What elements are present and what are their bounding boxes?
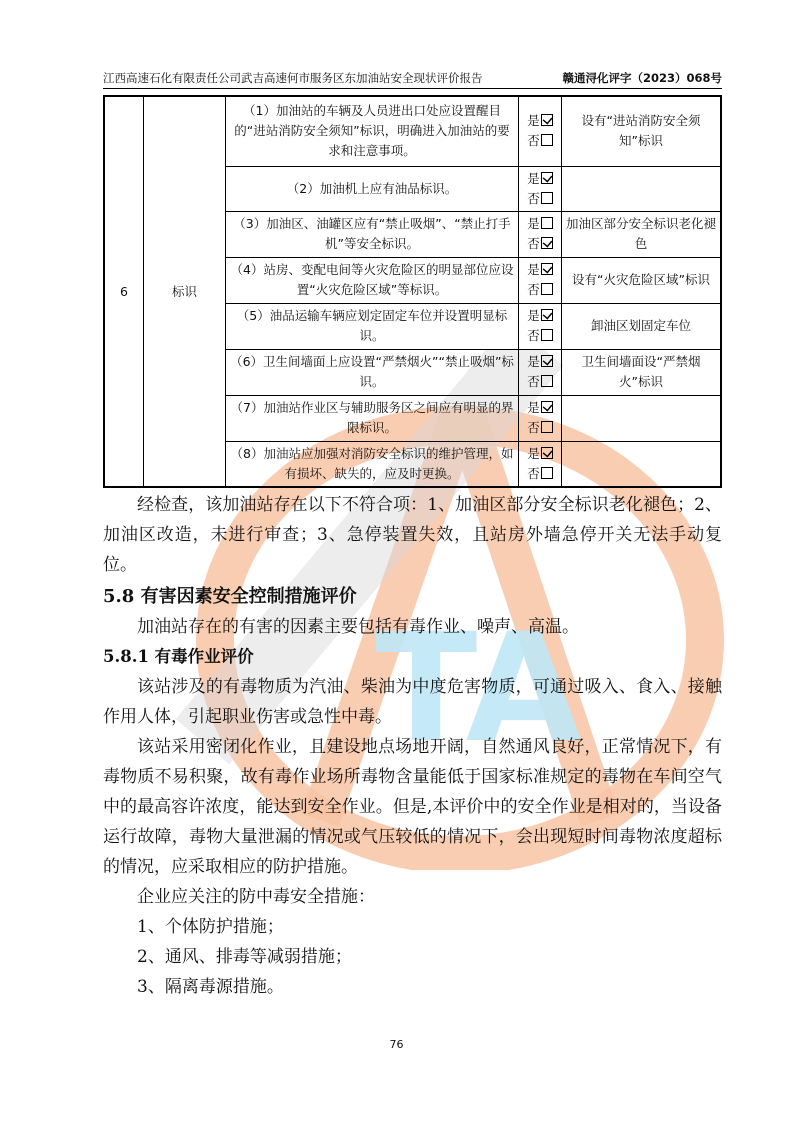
- yes-label: 是: [527, 171, 540, 186]
- yes-label: 是: [527, 262, 540, 277]
- no-label: 否: [527, 282, 540, 297]
- document-page: TA 江西高速石化有限责任公司武吉高速何市服务区东加油站安全现状评价报告 赣通浔…: [0, 0, 793, 1122]
- yes-checkbox[interactable]: [541, 217, 553, 229]
- header-title: 江西高速石化有限责任公司武吉高速何市服务区东加油站安全现状评价报告: [103, 70, 483, 86]
- measure-item: 2、通风、排毒等减弱措施；: [103, 942, 722, 972]
- table-row: 6 标识 （1）加油站的车辆及人员进出口处应设置醒目的“进站消防安全须知”标识，…: [104, 96, 721, 166]
- no-checkbox[interactable]: [541, 329, 553, 341]
- yes-checkbox[interactable]: [541, 447, 553, 459]
- section-5-8-heading: 5.8 有害因素安全控制措施评价: [103, 582, 722, 612]
- page-number: 76: [0, 1038, 793, 1051]
- measure-item: 3、隔离毒源措施。: [103, 972, 722, 1002]
- requirement-cell: （3）加油区、油罐区应有“禁止吸烟”、“禁止打手机”等安全标识。: [226, 211, 519, 257]
- check-cell: 是 否: [519, 441, 562, 487]
- yes-checkbox[interactable]: [541, 114, 553, 126]
- yes-label: 是: [527, 308, 540, 323]
- page-header: 江西高速石化有限责任公司武吉高速何市服务区东加油站安全现状评价报告 赣通浔化评字…: [103, 70, 722, 89]
- note-cell: 加油区部分安全标识老化褪色: [562, 211, 722, 257]
- no-label: 否: [527, 236, 540, 251]
- check-cell: 是 否: [519, 349, 562, 395]
- yes-checkbox[interactable]: [541, 401, 553, 413]
- yes-checkbox[interactable]: [541, 309, 553, 321]
- no-label: 否: [527, 328, 540, 343]
- requirement-cell: （2）加油机上应有油品标识。: [226, 166, 519, 211]
- no-label: 否: [527, 420, 540, 435]
- body-content: 经检查，该加油站存在以下不符合项：1、加油区部分安全标识老化褪色；2、加油区改造…: [103, 490, 722, 1002]
- requirement-cell: （6）卫生间墙面上应设置“严禁烟火”“禁止吸烟”标识。: [226, 349, 519, 395]
- requirement-cell: （1）加油站的车辆及人员进出口处应设置醒目的“进站消防安全须知”标识，明确进入加…: [226, 96, 519, 166]
- note-cell: 卸油区划固定车位: [562, 303, 722, 349]
- section-5-8-paragraph: 加油站存在的有害的因素主要包括有毒作业、噪声、高温。: [103, 612, 722, 642]
- yes-checkbox[interactable]: [541, 172, 553, 184]
- measure-item: 1、个体防护措施；: [103, 912, 722, 942]
- requirement-cell: （7）加油站作业区与辅助服务区之间应有明显的界限标识。: [226, 395, 519, 441]
- no-checkbox[interactable]: [541, 421, 553, 433]
- measures-intro: 企业应关注的防中毒安全措施：: [103, 882, 722, 912]
- no-checkbox[interactable]: [541, 375, 553, 387]
- check-cell: 是 否: [519, 395, 562, 441]
- yes-checkbox[interactable]: [541, 263, 553, 275]
- check-cell: 是 否: [519, 166, 562, 211]
- yes-label: 是: [527, 400, 540, 415]
- yes-label: 是: [527, 113, 540, 128]
- no-checkbox[interactable]: [541, 192, 553, 204]
- row-number: 6: [104, 96, 144, 487]
- note-cell: [562, 166, 722, 211]
- signage-checklist-table: 6 标识 （1）加油站的车辆及人员进出口处应设置醒目的“进站消防安全须知”标识，…: [103, 95, 722, 488]
- note-cell: [562, 395, 722, 441]
- note-cell: [562, 441, 722, 487]
- yes-label: 是: [527, 354, 540, 369]
- note-cell: 设有“进站消防安全须知”标识: [562, 96, 722, 166]
- note-cell: 卫生间墙面设“严禁烟火”标识: [562, 349, 722, 395]
- check-cell: 是 否: [519, 303, 562, 349]
- no-checkbox[interactable]: [541, 134, 553, 146]
- no-label: 否: [527, 374, 540, 389]
- check-cell: 是 否: [519, 211, 562, 257]
- requirement-cell: （8）加油站应加强对消防安全标识的维护管理，如有损坏、缺失的，应及时更换。: [226, 441, 519, 487]
- row-category: 标识: [144, 96, 226, 487]
- section-5-8-1-heading: 5.8.1 有毒作业评价: [103, 642, 722, 672]
- no-label: 否: [527, 133, 540, 148]
- no-label: 否: [527, 191, 540, 206]
- inspection-paragraph: 经检查，该加油站存在以下不符合项：1、加油区部分安全标识老化褪色；2、加油区改造…: [103, 490, 722, 580]
- requirement-cell: （4）站房、变配电间等火灾危险区的明显部位应设置“火灾危险区域”等标识。: [226, 257, 519, 303]
- check-cell: 是 否: [519, 257, 562, 303]
- note-cell: 设有“火灾危险区域”标识: [562, 257, 722, 303]
- yes-checkbox[interactable]: [541, 355, 553, 367]
- requirement-cell: （5）油品运输车辆应划定固定车位并设置明显标识。: [226, 303, 519, 349]
- check-cell: 是 否: [519, 96, 562, 166]
- toxic-substances-paragraph: 该站涉及的有毒物质为汽油、柴油为中度危害物质，可通过吸入、食入、接触作用人体，引…: [103, 672, 722, 732]
- no-checkbox[interactable]: [541, 237, 553, 249]
- yes-label: 是: [527, 446, 540, 461]
- yes-label: 是: [527, 216, 540, 231]
- no-checkbox[interactable]: [541, 283, 553, 295]
- no-checkbox[interactable]: [541, 467, 553, 479]
- closed-operation-paragraph: 该站采用密闭化作业，且建设地点场地开阔，自然通风良好，正常情况下，有毒物质不易积…: [103, 732, 722, 882]
- no-label: 否: [527, 466, 540, 481]
- header-doc-number: 赣通浔化评字（2023）068号: [562, 70, 722, 86]
